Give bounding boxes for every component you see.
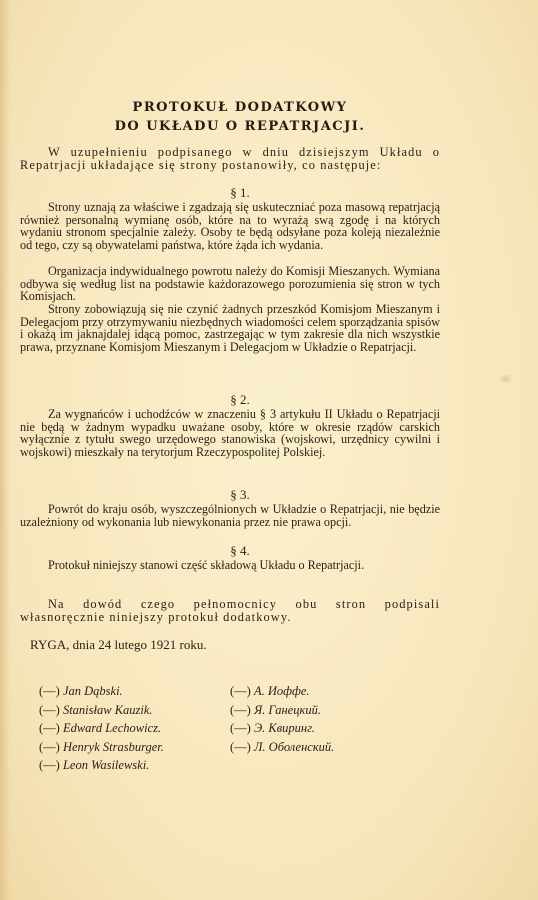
signature-row: (—) Henryk Strasburger. [39, 738, 164, 757]
signatory-name: Л. Оболенский. [254, 740, 334, 754]
signatory-name: Leon Wasilewski. [63, 758, 149, 772]
signature-mark: (—) [39, 684, 60, 698]
signature-row: (—) Э. Квиринг. [230, 719, 334, 738]
paper-stain [500, 375, 512, 383]
closing-paragraph: Na dowód czego pełnomocnicy obu stron po… [20, 598, 440, 623]
intro-paragraph: W uzupełnieniu podpisanego w dniu dzisie… [20, 146, 440, 171]
signature-mark: (—) [230, 721, 251, 735]
signatory-name: Stanisław Kauzik. [63, 703, 153, 717]
section-1-paragraph-1: Strony uznają za właściwe i zgadzają się… [20, 201, 440, 251]
section-3-paragraph-1: Powrót do kraju osób, wyszczególnionych … [20, 503, 440, 528]
signature-row: (—) Leon Wasilewski. [39, 756, 164, 775]
section-heading-1: § 1. [20, 185, 460, 201]
signature-row: (—) Я. Ганецкий. [230, 701, 334, 720]
signature-row: (—) Jan Dąbski. [39, 682, 164, 701]
signatures-soviet: (—) А. Иоффе. (—) Я. Ганецкий. (—) Э. Кв… [230, 682, 334, 756]
signature-mark: (—) [39, 721, 60, 735]
signature-mark: (—) [39, 740, 60, 754]
signatures-polish: (—) Jan Dąbski. (—) Stanisław Kauzik. (—… [39, 682, 164, 775]
signatory-name: Я. Ганецкий. [254, 703, 321, 717]
section-4-paragraph-1: Protokuł niniejszy stanowi część składow… [20, 559, 440, 572]
section-heading-2: § 2. [20, 392, 460, 408]
section-heading-4: § 4. [20, 543, 460, 559]
section-1-paragraph-3: Strony zobowiązują się nie czynić żadnyc… [20, 303, 440, 353]
document-title-line-1: PROTOKUŁ DODATKOWY [20, 100, 460, 115]
document-title-line-2: DO UKŁADU O REPATRJACJI. [20, 119, 460, 134]
signature-row: (—) А. Иоффе. [230, 682, 334, 701]
section-1-paragraph-2: Organizacja indywidualnego powrotu należ… [20, 265, 440, 303]
signatory-name: А. Иоффе. [254, 684, 310, 698]
place-and-date: RYGA, dnia 24 lutego 1921 roku. [30, 637, 207, 653]
signature-mark: (—) [39, 703, 60, 717]
signatory-name: Э. Квиринг. [254, 721, 315, 735]
signature-mark: (—) [230, 740, 251, 754]
signature-row: (—) Stanisław Kauzik. [39, 701, 164, 720]
page-edge-shadow [0, 0, 10, 900]
signature-row: (—) Edward Lechowicz. [39, 719, 164, 738]
signatory-name: Edward Lechowicz. [63, 721, 161, 735]
signature-mark: (—) [230, 684, 251, 698]
signatory-name: Jan Dąbski. [63, 684, 123, 698]
signatory-name: Henryk Strasburger. [63, 740, 164, 754]
signature-row: (—) Л. Оболенский. [230, 738, 334, 757]
section-2-paragraph-1: Za wygnańców i uchodźców w znaczeniu § 3… [20, 408, 440, 458]
signature-mark: (—) [39, 758, 60, 772]
section-heading-3: § 3. [20, 487, 460, 503]
signature-mark: (—) [230, 703, 251, 717]
